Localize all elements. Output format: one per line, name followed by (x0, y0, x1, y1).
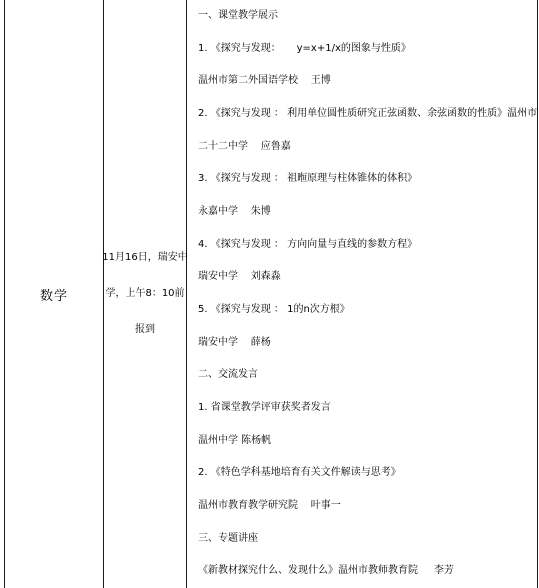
subject-cell: 数学 (5, 0, 104, 588)
agenda-line: 2. 《特色学科基地培育有关文件解读与思考》 (198, 457, 537, 490)
schedule-cell: 11月16日，瑞安中学，上午8：10前报到 (104, 0, 187, 588)
schedule-line: 11月16日，瑞安中 (102, 240, 187, 276)
subject-label: 数学 (40, 285, 68, 304)
agenda-line: 5. 《探究与发现 ： 1的n次方根》 (198, 294, 537, 327)
agenda-line: 瑞安中学 刘森淼 (198, 261, 537, 294)
agenda-line: 瑞安中学 薛杨 (198, 327, 537, 360)
agenda-line: 2. 《探究与发现 ： 利用单位圆性质研究正弦函数、余弦函数的性质》温州市第 (198, 98, 537, 131)
schedule-line: 学，上午8：10前 (102, 276, 187, 312)
schedule-text: 11月16日，瑞安中学，上午8：10前报到 (102, 240, 187, 348)
agenda-line: 温州中学 陈杨帆 (198, 425, 537, 458)
agenda-line: 温州市第二外国语学校 王博 (198, 65, 537, 98)
agenda-line: 二、交流发言 (198, 359, 537, 392)
schedule-line: 报到 (102, 312, 187, 348)
agenda-line: 4. 《探究与发现 ： 方向向量与直线的参数方程》 (198, 229, 537, 262)
agenda-line: 1. 省课堂教学评审获奖者发言 (198, 392, 537, 425)
agenda-line: 一、课堂教学展示 (198, 0, 537, 33)
document-page: 数学 11月16日，瑞安中学，上午8：10前报到 一、课堂教学展示1. 《探究与… (0, 0, 539, 588)
agenda-line: 三、专题讲座 (198, 523, 537, 556)
agenda-text: 一、课堂教学展示1. 《探究与发现： y=x+1/x的图象与性质》温州市第二外国… (187, 0, 537, 588)
agenda-line: 二十二中学 应鲁嘉 (198, 131, 537, 164)
agenda-line: 永嘉中学 朱博 (198, 196, 537, 229)
agenda-line: 3. 《探究与发现 ： 祖暅原理与柱体锥体的体积》 (198, 163, 537, 196)
agenda-cell: 一、课堂教学展示1. 《探究与发现： y=x+1/x的图象与性质》温州市第二外国… (187, 0, 538, 588)
agenda-line: 1. 《探究与发现： y=x+1/x的图象与性质》 (198, 33, 537, 66)
schedule-table-row: 数学 11月16日，瑞安中学，上午8：10前报到 一、课堂教学展示1. 《探究与… (4, 0, 538, 588)
agenda-line: 温州市教育教学研究院 叶事一 (198, 490, 537, 523)
agenda-line: 《新教材探究什么、发现什么》温州市教师教育院 李芳 (198, 555, 537, 588)
